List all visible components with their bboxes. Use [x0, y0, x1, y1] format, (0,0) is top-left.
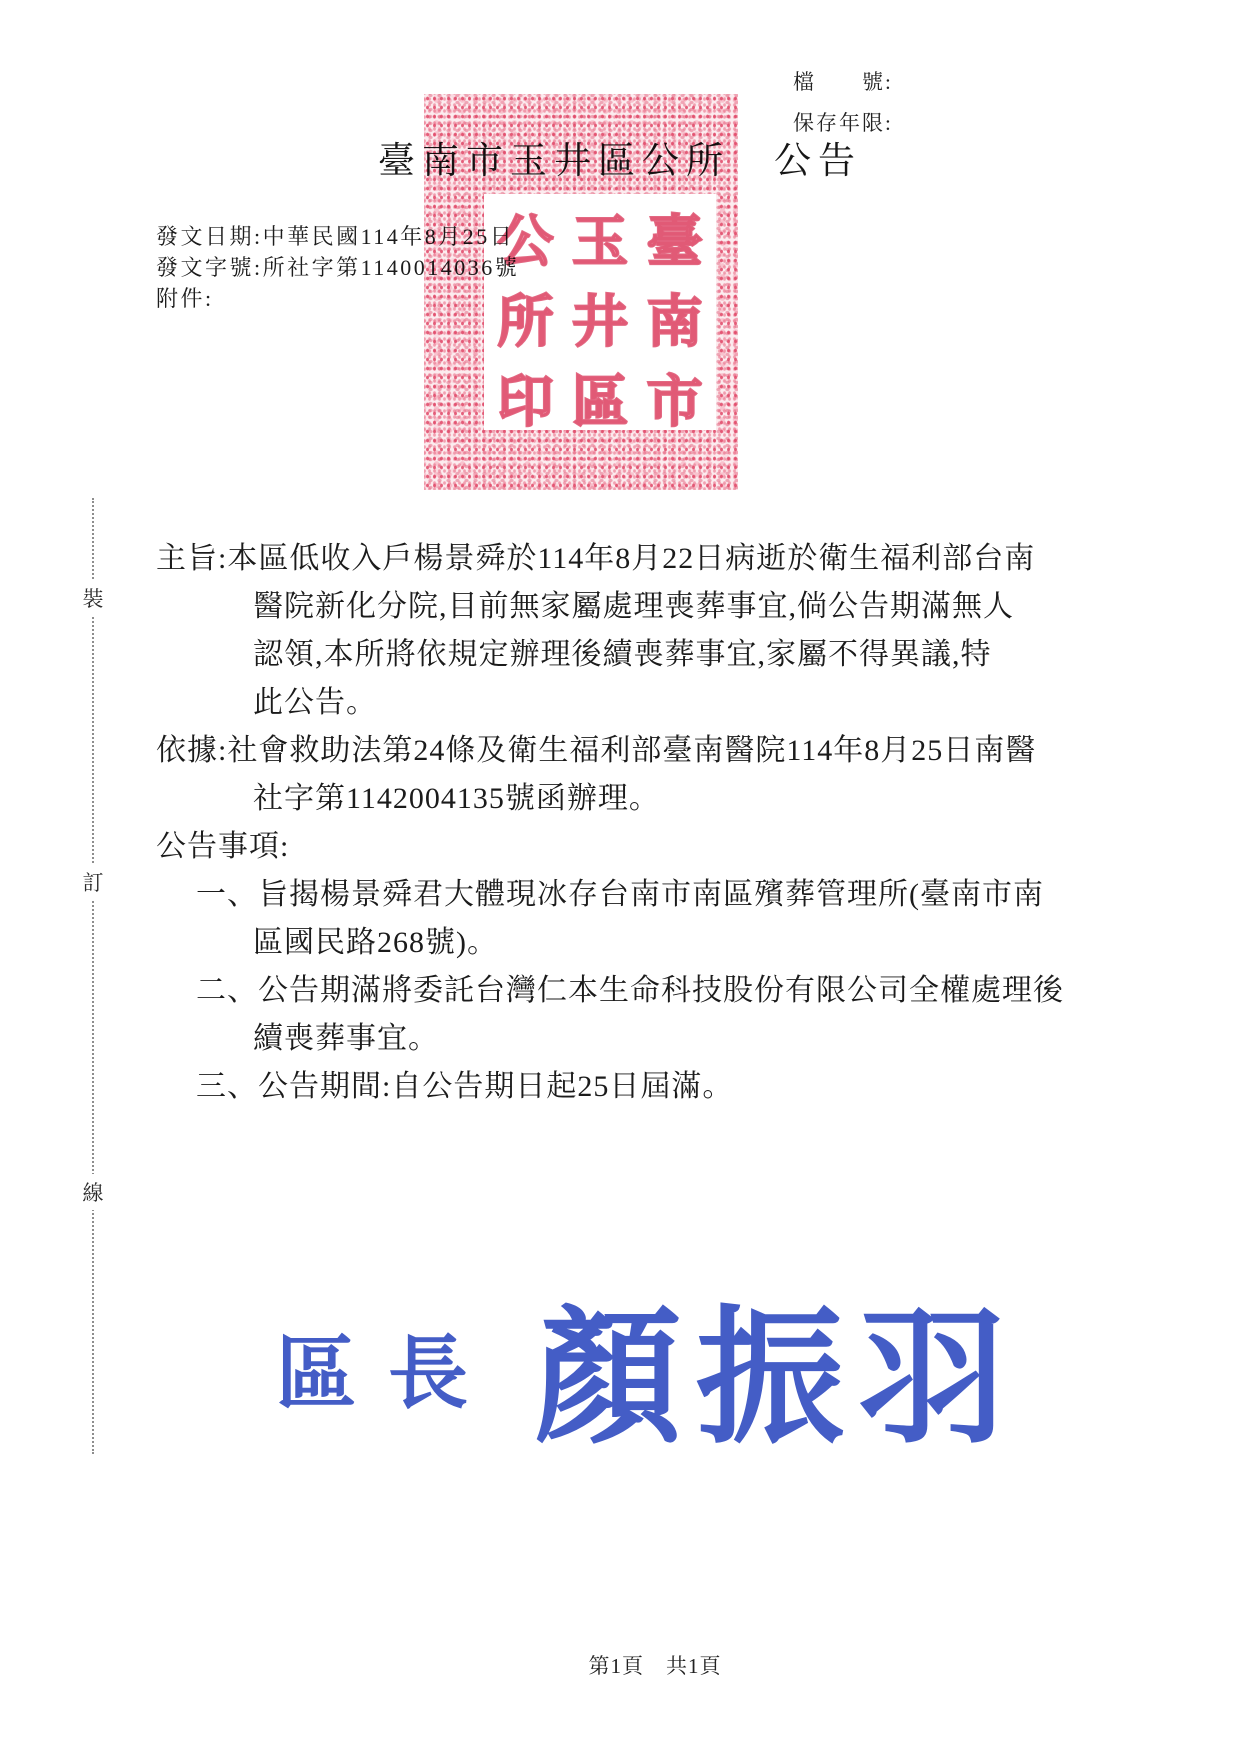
document-title: 臺南市玉井區公所 公告 [0, 130, 1240, 184]
body-line: 一、旨揭楊景舜君大體現冰存台南市南區殯葬管理所(臺南市南 [156, 871, 1116, 919]
body-line: 三、公告期間:自公告期日起25日屆滿。 [156, 1063, 1116, 1111]
binding-mark-ding: 訂 [76, 864, 110, 900]
body-line: 此公告。 [156, 679, 1116, 727]
body-line: 區國民路268號)。 [156, 919, 1116, 967]
seal-character: 玉 [563, 198, 638, 278]
body-line: 社字第1142004135號函辦理。 [156, 775, 1116, 823]
binding-mark-zhuang: 裝 [76, 580, 110, 616]
body-line: 認領,本所將依規定辦理後續喪葬事宜,家屬不得異議,特 [156, 631, 1116, 679]
doc-number-line: 發文字號:所社字第1140014036號 [156, 252, 519, 283]
seal-character: 印 [488, 358, 563, 438]
body-line: 續喪葬事宜。 [156, 1015, 1116, 1063]
document-page: { "page": { "file_no_label": "檔 號:", "re… [0, 0, 1240, 1754]
attachment-line: 附件: [156, 283, 519, 314]
seal-character: 臺 [637, 198, 712, 278]
binding-mark-xian: 線 [76, 1174, 110, 1210]
announcement-body: 主旨:本區低收入戶楊景舜於114年8月22日病逝於衛生福利部台南 醫院新化分院,… [156, 535, 1116, 1111]
document-meta: 發文日期:中華民國114年8月25日 發文字號:所社字第1140014036號 … [156, 221, 519, 314]
seal-character: 區 [563, 358, 638, 438]
page-number: 第1頁 共1頁 [589, 1650, 722, 1680]
seal-character: 市 [637, 358, 712, 438]
issue-date-line: 發文日期:中華民國114年8月25日 [156, 221, 519, 252]
body-line: 公告事項: [156, 823, 1116, 871]
body-line: 主旨:本區低收入戶楊景舜於114年8月22日病逝於衛生福利部台南 [156, 535, 1116, 583]
page-footer: 第1頁 共1頁 [0, 1650, 1240, 1680]
signature-title: 區長 [276, 1309, 500, 1424]
binding-dotted-line [92, 498, 94, 1454]
seal-character: 南 [637, 278, 712, 358]
file-number-label: 檔 號: [793, 62, 893, 103]
body-line: 醫院新化分院,目前無家屬處理喪葬事宜,倘公告期滿無人 [156, 583, 1116, 631]
seal-character: 井 [563, 278, 638, 358]
body-line: 二、公告期滿將委託台灣仁本生命科技股份有限公司全權處理後 [156, 967, 1116, 1015]
body-line: 依據:社會救助法第24條及衛生福利部臺南醫院114年8月25日南醫 [156, 727, 1116, 775]
signature-name: 顏振羽 [534, 1260, 1020, 1472]
district-chief-signature-stamp: 區長 顏振羽 [276, 1268, 1020, 1464]
